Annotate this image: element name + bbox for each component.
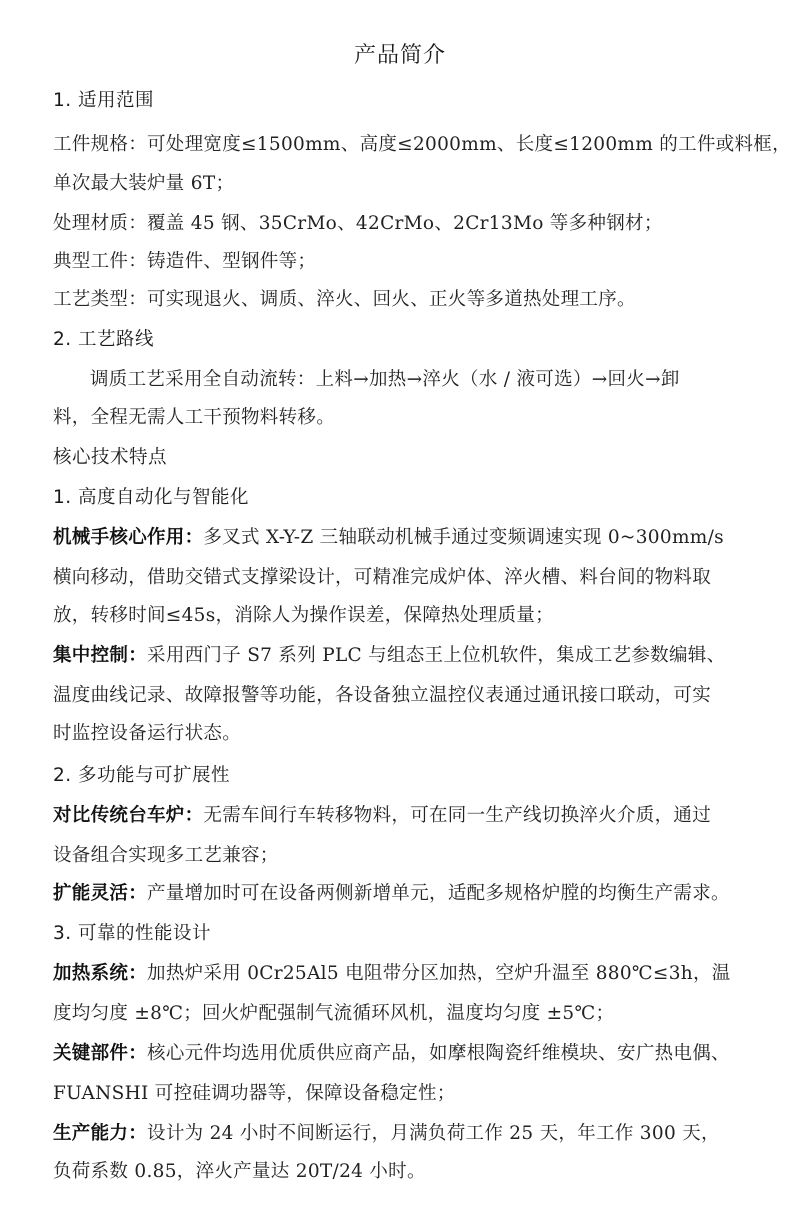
paragraph-line: 时监控设备运行状态。 <box>53 722 241 746</box>
core-features-heading: 核心技术特点 <box>53 446 167 470</box>
feature-item-label: 关键部件： <box>53 1043 147 1064</box>
feature-item-text: 产量增加时可在设备两侧新增单元，适配多规格炉膛的均衡生产需求。 <box>147 883 730 904</box>
section-heading-process: 2. 工艺路线 <box>53 328 154 352</box>
feature-item-text: 多叉式 X-Y-Z 三轴联动机械手通过变频调速实现 0~300mm/s <box>203 527 724 548</box>
feature-item-label: 对比传统台车炉： <box>53 805 203 826</box>
feature-item-line: 扩能灵活：产量增加时可在设备两侧新增单元，适配多规格炉膛的均衡生产需求。 <box>53 882 730 906</box>
paragraph-line: 设备组合实现多工艺兼容； <box>53 844 279 868</box>
feature-item-label: 机械手核心作用： <box>53 527 203 548</box>
paragraph-line: 度均匀度 ±8℃；回火炉配强制气流循环风机，温度均匀度 ±5℃； <box>53 1002 614 1026</box>
paragraph-line: 放，转移时间≤45s，消除人为操作误差，保障热处理质量； <box>53 604 554 628</box>
feature-item-line: 关键部件：核心元件均选用优质供应商产品，如摩根陶瓷纤维模块、安广热电偶、 <box>53 1042 730 1066</box>
feature-item-label: 扩能灵活： <box>53 883 147 904</box>
paragraph-line: 温度曲线记录、故障报警等功能，各设备独立温控仪表通过通讯接口联动，可实 <box>53 684 711 708</box>
paragraph-line: FUANSHI 可控硅调功器等，保障设备稳定性； <box>53 1082 456 1106</box>
feature-item-line: 生产能力：设计为 24 小时不间断运行，月满负荷工作 25 天，年工作 300 … <box>53 1122 720 1146</box>
feature-item-text: 设计为 24 小时不间断运行，月满负荷工作 25 天，年工作 300 天， <box>147 1123 720 1144</box>
page-title: 产品简介 <box>0 42 800 70</box>
feature-item-label: 集中控制： <box>53 645 147 666</box>
paragraph-line: 调质工艺采用全自动流转：上料→加热→淬火（水 / 液可选）→回火→卸 <box>90 368 680 392</box>
feature-item-line: 加热系统：加热炉采用 0Cr25Al5 电阻带分区加热，空炉升温至 880℃≤3… <box>53 962 731 986</box>
paragraph-line: 工件规格：可处理宽度≤1500mm、高度≤2000mm、长度≤1200mm 的工… <box>53 133 791 157</box>
paragraph-line: 单次最大装炉量 6T； <box>53 172 234 196</box>
feature-item-line: 机械手核心作用：多叉式 X-Y-Z 三轴联动机械手通过变频调速实现 0~300m… <box>53 526 724 550</box>
feature-heading-reliability: 3. 可靠的性能设计 <box>53 922 211 946</box>
paragraph-line: 典型工件：铸造件、型钢件等； <box>53 250 316 274</box>
feature-heading-multifunction: 2. 多功能与可扩展性 <box>53 764 230 788</box>
feature-item-label: 加热系统： <box>53 963 147 984</box>
paragraph-line: 工艺类型：可实现退火、调质、淬火、回火、正火等多道热处理工序。 <box>53 288 636 312</box>
paragraph-line: 处理材质：覆盖 45 钢、35CrMo、42CrMo、2Cr13Mo 等多种钢材… <box>53 212 663 236</box>
feature-item-line: 对比传统台车炉：无需车间行车转移物料，可在同一生产线切换淬火介质，通过 <box>53 804 711 828</box>
paragraph-line: 负荷系数 0.85，淬火产量达 20T/24 小时。 <box>53 1160 426 1184</box>
section-heading-scope: 1. 适用范围 <box>53 89 154 113</box>
feature-heading-automation: 1. 高度自动化与智能化 <box>53 486 249 510</box>
feature-item-text: 核心元件均选用优质供应商产品，如摩根陶瓷纤维模块、安广热电偶、 <box>147 1043 730 1064</box>
feature-item-line: 集中控制：采用西门子 S7 系列 PLC 与组态王上位机软件，集成工艺参数编辑、 <box>53 644 725 668</box>
feature-item-text: 采用西门子 S7 系列 PLC 与组态王上位机软件，集成工艺参数编辑、 <box>147 645 725 666</box>
feature-item-text: 加热炉采用 0Cr25Al5 电阻带分区加热，空炉升温至 880℃≤3h，温 <box>147 963 731 984</box>
feature-item-label: 生产能力： <box>53 1123 147 1144</box>
paragraph-line: 料，全程无需人工干预物料转移。 <box>53 406 335 430</box>
feature-item-text: 无需车间行车转移物料，可在同一生产线切换淬火介质，通过 <box>203 805 711 826</box>
paragraph-line: 横向移动，借助交错式支撑梁设计，可精准完成炉体、淬火槽、料台间的物料取 <box>53 566 711 590</box>
